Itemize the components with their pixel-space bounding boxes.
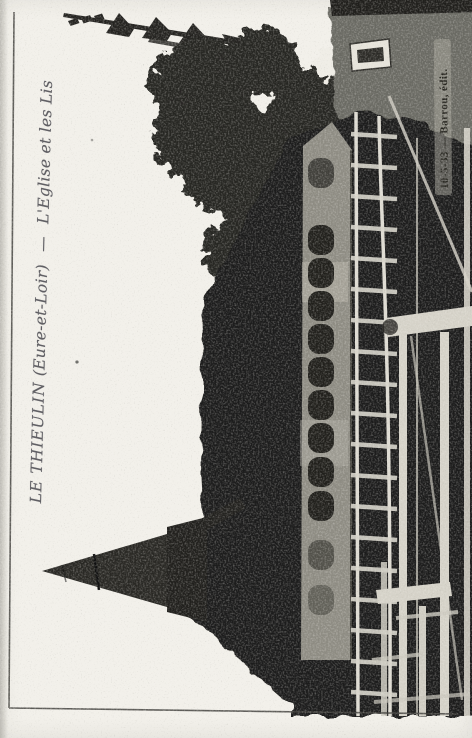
caption-separator: —: [34, 236, 52, 252]
caption-place: LE THIEULIN: [27, 381, 48, 503]
caption-subject: L'Eglise et les Lis: [34, 80, 56, 224]
photo-grain-dark: [0, 0, 472, 738]
postcard-photo: 10-5-33 — Barrou, édit.: [0, 0, 472, 738]
postcard: 10-5-33 — Barrou, édit. LE THIEULIN (Eur…: [0, 0, 472, 738]
caption-region: (Eure-et-Loir): [30, 264, 51, 376]
